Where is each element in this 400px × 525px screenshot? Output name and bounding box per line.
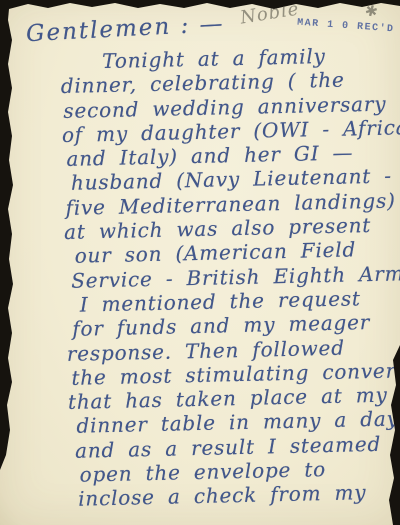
letter-photo: Noble MAR 1 0 REC'D ✱ Gentlemen : — Toni… bbox=[0, 0, 400, 525]
pencil-annotation-noble: Noble bbox=[239, 0, 301, 29]
pencil-star-mark: ✱ bbox=[363, 1, 380, 22]
letter-body: Tonight at a family dinner, celebrating … bbox=[60, 42, 400, 511]
letter-paper: Noble MAR 1 0 REC'D ✱ Gentlemen : — Toni… bbox=[0, 0, 400, 525]
received-date-stamp: MAR 1 0 REC'D bbox=[297, 18, 395, 36]
letter-salutation: Gentlemen : — bbox=[25, 11, 225, 47]
